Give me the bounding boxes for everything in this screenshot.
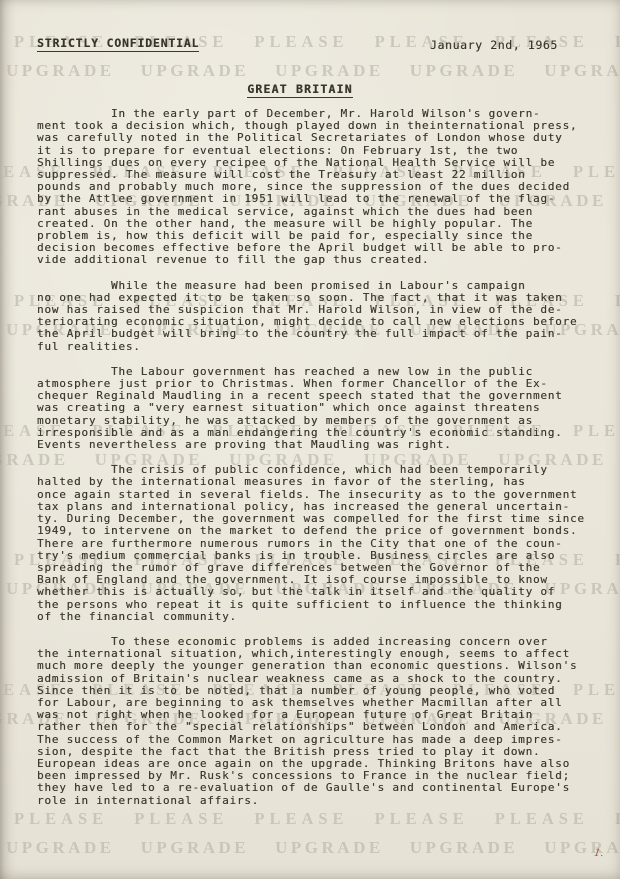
paragraph: In the early part of December, Mr. Harol… [37, 108, 593, 267]
date-label: January 2nd, 1965 [430, 38, 558, 52]
paragraph: The Labour government has reached a new … [37, 366, 593, 451]
document-body: In the early part of December, Mr. Harol… [37, 108, 593, 820]
document-title: GREAT BRITAIN [247, 82, 353, 98]
paragraph: The crisis of public confidence, which h… [37, 464, 593, 623]
classification-label: STRICTLY CONFIDENTIAL [37, 36, 199, 52]
document-page: PLEASEPLEASEPLEASEPLEASEPLEASEPLEASEUPGR… [0, 0, 620, 879]
page-number-annotation: 1. [593, 848, 604, 859]
paragraph: While the measure had been promised in L… [37, 280, 593, 353]
paragraph: To these economic problems is added incr… [37, 636, 593, 807]
document-content: STRICTLY CONFIDENTIAL January 2nd, 1965 … [0, 0, 620, 879]
title-row: GREAT BRITAIN [0, 78, 600, 98]
